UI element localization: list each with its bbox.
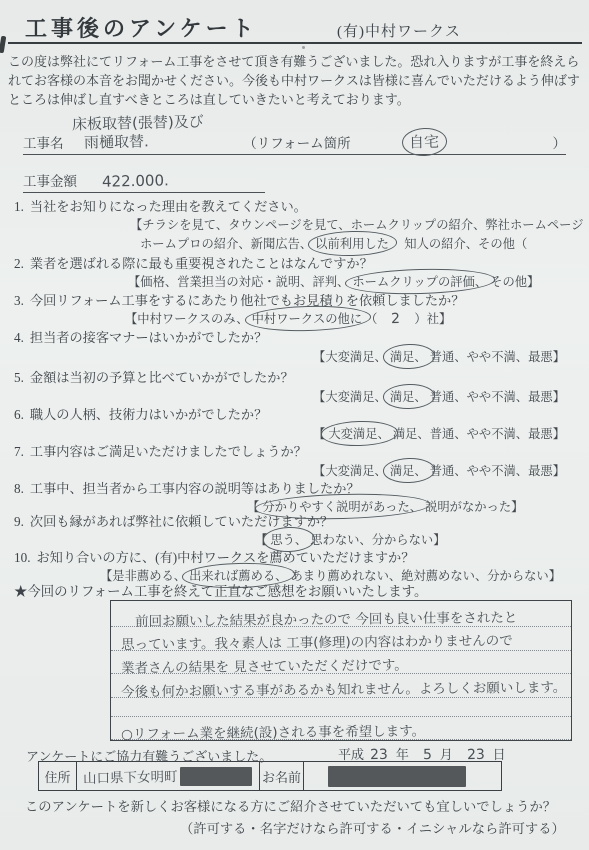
circled-answer-q6: 大変満足、 <box>325 424 393 442</box>
scan-artifact <box>0 36 6 54</box>
question-2-number: 2. <box>14 256 24 271</box>
reform-location-handwritten: 自宅 <box>405 131 441 153</box>
permission-options: （許可する・名字だけなら許可する・イニシャルなら許可する） <box>180 818 565 837</box>
project-name-handwritten: 雨樋取替. <box>83 130 148 152</box>
permission-question: このアンケートを新しくお客様になる方にご紹介させていただいても宜しいでしょうか？ <box>25 796 556 815</box>
question-4-number: 4. <box>14 330 24 345</box>
option-text: 満足、普通、やや不満、最悪】 <box>393 427 565 441</box>
project-amount-handwritten: 422.000. <box>102 171 169 190</box>
question-3-options: 【中村ワークスのみ、中村ワークスの他に（2）社】 <box>125 309 451 327</box>
free-comment-prompt: ★今回のリフォーム工事を終えて正直なご感想をお願いいたします。 <box>14 581 427 600</box>
question-6: 6.職人の人柄、技術力はいかがでしたか？ <box>14 404 267 423</box>
circled-answer-q3: 中村ワークスの他に <box>249 309 366 327</box>
title-divider <box>8 42 582 44</box>
comment-line-5 <box>111 698 571 717</box>
question-4-text: 担当者の接客マナーはいかがでしたか？ <box>30 330 267 345</box>
question-4-options: 【大変満足、満足、普通、やや不満、最悪】 <box>0 347 565 365</box>
project-amount-label: 工事金額 <box>23 170 77 190</box>
survey-document: 工事後のアンケート (有)中村ワークス この度は弊社にてリフォーム工事をさせて頂… <box>0 0 589 850</box>
question-1-options-line2: ホームプロの紹介、新聞広告、以前利用した 知人の紹介、その他（ ）】 <box>140 234 589 252</box>
company-name: (有)中村ワークス <box>337 20 461 41</box>
question-9-text: 次回も縁があれば弊社に依頼していただけますか？ <box>30 514 333 529</box>
option-text: 思わない、分からない】 <box>310 533 445 547</box>
address-cell: 山口県下女明町 <box>77 762 260 790</box>
question-1-number: 1. <box>14 199 24 214</box>
option-text: 【大変満足、 <box>313 350 387 364</box>
circled-answer-q2: ホームクリップの評価、 <box>349 272 490 290</box>
question-9: 9.次回も縁があれば弊社に依頼していただけますか？ <box>14 511 333 530</box>
question-5: 5.金額は当初の予算と比べていかがでしたか？ <box>14 367 294 386</box>
circled-answer-q5: 満足、 <box>387 387 430 405</box>
circled-answer-q1: 以前利用した <box>312 234 392 252</box>
option-text: 【価格、営業担当の対応・説明、評判、 <box>128 275 349 289</box>
question-4: 4.担当者の接客マナーはいかがでしたか？ <box>14 327 267 346</box>
question-10-text: お知り合いの方に、(有)中村ワークスを薦めていただけますか？ <box>36 550 414 565</box>
question-6-text: 職人の人柄、技術力はいかがでしたか？ <box>30 407 267 422</box>
question-2: 2.業者を選ばれる際に最も重要視されたことはなんですか？ <box>14 253 373 272</box>
free-comment-box: 前回お願いした結果が良かったので 今回も良い仕事をされたと 思っています。我々素… <box>110 600 572 741</box>
question-7-options: 【大変満足、満足、普通、やや不満、最悪】 <box>0 461 565 479</box>
option-text: 説明がなかった】 <box>425 500 523 514</box>
project-name-label: 工事名 <box>23 132 64 152</box>
comment-line-1: 前回お願いした結果が良かったので 今回も良い仕事をされたと <box>111 604 571 627</box>
question-3-text: 今回リフォーム工事をするにあたり他社でもお見積りを依頼しましたか？ <box>30 293 465 308</box>
question-7-number: 7. <box>14 444 24 459</box>
option-text: 知人の紹介、その他（ ）】 <box>392 237 589 251</box>
address-label: 住所 <box>39 762 77 790</box>
option-text: 普通、やや不満、最悪】 <box>430 350 565 364</box>
company-count-handwritten: 2 <box>377 311 414 328</box>
comment-line-6: ○リフォーム業を継続(設)される事を希望します。 <box>111 717 571 740</box>
comment-line-2: 思っています。我々素人は 工事(修理)の内容はわかりませんので <box>111 627 571 650</box>
question-7-text: 工事内容はご満足いただけましたでしょうか？ <box>30 444 307 459</box>
page-title: 工事後のアンケート <box>25 12 258 43</box>
option-text: その他】 <box>490 275 539 289</box>
question-8: 8.工事中、担当者から工事内容の説明等はありましたか？ <box>14 478 360 497</box>
option-text: 【大変満足、 <box>313 390 387 404</box>
question-10: 10.お知り合いの方に、(有)中村ワークスを薦めていただけますか？ <box>14 547 414 566</box>
question-2-text: 業者を選ばれる際に最も重要視されたことはなんですか？ <box>30 256 373 271</box>
option-text: 【大変満足、 <box>313 464 387 478</box>
project-amount-row: 工事金額 422.000. <box>23 166 265 193</box>
scan-artifact-dot <box>302 46 305 49</box>
address-name-table: 住所 山口県下女明町 お名前 <box>38 761 502 791</box>
circled-answer-q4: 満足、 <box>387 347 430 365</box>
question-8-number: 8. <box>14 481 24 496</box>
option-text: ホームプロの紹介、新聞広告、 <box>140 237 312 251</box>
option-text: 普通、やや不満、最悪】 <box>430 464 565 478</box>
question-9-options: 【思う、思わない、分からない】 <box>255 530 446 548</box>
name-label: お名前 <box>260 762 304 790</box>
address-handwritten: 山口県下女明町 <box>83 765 178 787</box>
question-5-options: 【大変満足、満足、普通、やや不満、最悪】 <box>0 387 565 405</box>
project-name-row: 工事名 雨樋取替. （リフォーム箇所 自宅 ） <box>23 128 566 155</box>
name-cell <box>304 762 501 790</box>
question-1-options-line1: 【チラシを見て、タウンページを見て、ホームクリップの紹介、弊社ホームページ <box>130 215 584 233</box>
question-5-number: 5. <box>14 370 24 385</box>
question-1: 1.当社をお知りになった理由を教えてください。 <box>14 196 307 215</box>
option-text: 普通、やや不満、最悪】 <box>430 390 565 404</box>
question-6-number: 6. <box>14 407 24 422</box>
circled-answer-q7: 満足、 <box>387 461 430 479</box>
option-text: 【中村ワークスのみ、 <box>125 312 249 326</box>
intro-text: この度は弊社にてリフォーム工事をさせて頂き有難うございました。恐れ入りますが工事… <box>8 52 581 109</box>
reform-location-close-paren: ） <box>553 132 567 152</box>
option-text: （ <box>365 312 377 326</box>
question-3: 3.今回リフォーム工事をするにあたり他社でもお見積りを依頼しましたか？ <box>14 290 464 309</box>
question-3-number: 3. <box>14 293 24 308</box>
comment-line-4: 今後も何かお願いする事があるかも知れません。よろしくお願いします。 <box>111 674 571 697</box>
address-redaction <box>180 767 252 786</box>
comment-line-3: 業者さんの結果を 見させていただくだけです。 <box>111 651 571 674</box>
circled-answer-q9: 思う、 <box>267 530 310 548</box>
question-10-number: 10. <box>14 550 30 565</box>
option-text: ）社】 <box>414 312 451 326</box>
question-5-text: 金額は当初の予算と比べていかがでしたか？ <box>30 370 294 385</box>
question-1-text: 当社をお知りになった理由を教えてください。 <box>30 199 307 214</box>
reform-location-label: （リフォーム箇所 <box>243 132 350 152</box>
question-7: 7.工事内容はご満足いただけましたでしょうか？ <box>14 441 307 460</box>
option-text: 【 <box>313 427 325 441</box>
question-8-text: 工事中、担当者から工事内容の説明等はありましたか？ <box>30 481 360 496</box>
question-2-options: 【価格、営業担当の対応・説明、評判、ホームクリップの評価、その他】 <box>128 272 539 290</box>
question-6-options: 【大変満足、満足、普通、やや不満、最悪】 <box>0 424 565 442</box>
name-redaction <box>328 766 466 787</box>
option-text: 【 <box>255 533 267 547</box>
question-9-number: 9. <box>14 514 24 529</box>
